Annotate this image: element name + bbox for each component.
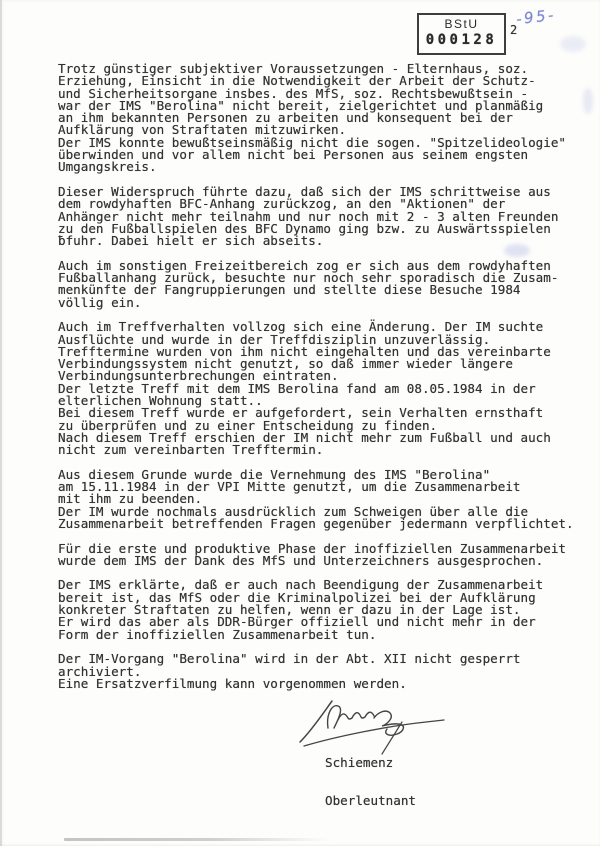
scanned-document-page: BStU 000128 2 -95- Trotz günstiger subje… bbox=[0, 0, 600, 846]
paragraph-future-willingness: Der IMS erklärte, daß er auch nach Beend… bbox=[58, 579, 578, 640]
paragraph-thanks: Für die erste und produktive Phase der i… bbox=[58, 543, 578, 568]
signatory-name: Schiemenz bbox=[325, 757, 416, 770]
blue-ink-smudge bbox=[560, 36, 586, 52]
paragraph-interrogation-end: Aus diesem Grunde wurde die Vernehmung d… bbox=[58, 469, 578, 530]
typewritten-body: Trotz günstiger subjektiver Voraussetzun… bbox=[58, 63, 578, 702]
paragraph-subjective-preconditions: Trotz günstiger subjektiver Voraussetzun… bbox=[58, 63, 578, 174]
stamp-serial-number: 000128 bbox=[419, 31, 504, 49]
signature-block: Schiemenz Oberleutnant bbox=[300, 698, 500, 768]
blue-ink-smudge bbox=[583, 88, 593, 114]
paragraph-meeting-behaviour: Auch im Treffverhalten vollzog sich eine… bbox=[58, 321, 578, 456]
paragraph-withdrawal-bfc: Dieser Widerspruch führte dazu, daß sich… bbox=[58, 186, 578, 247]
signatory-rank: Oberleutnant bbox=[325, 795, 416, 808]
paragraph-archiving: Der IM-Vorgang "Berolina" wird in der Ab… bbox=[58, 653, 578, 690]
stamp-agency-label: BStU bbox=[419, 17, 504, 31]
handwritten-page-number: -95- bbox=[515, 6, 557, 29]
paragraph-leisure-withdrawal: Auch im sonstigen Freizeitbereich zog er… bbox=[58, 260, 578, 309]
scan-edge-shadow bbox=[0, 0, 2, 846]
scan-artifact-line bbox=[64, 838, 330, 841]
bstu-archive-stamp: BStU 000128 bbox=[417, 13, 506, 55]
